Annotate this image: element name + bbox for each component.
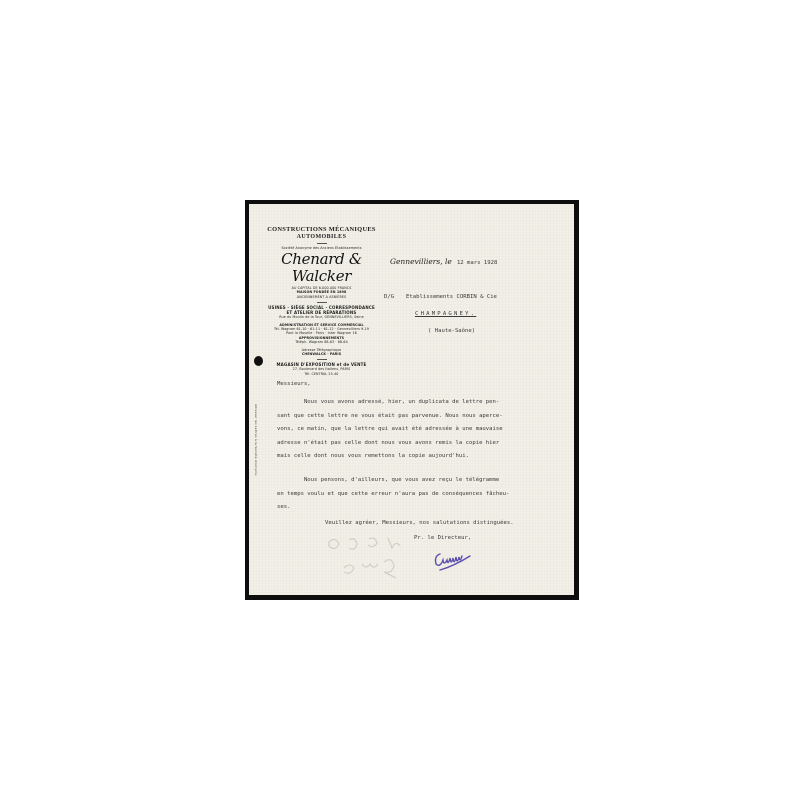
company-name: Chenard & Walcker (259, 251, 384, 285)
paragraph-line: sant que cette lettre ne vous était pas … (277, 410, 503, 424)
divider (317, 243, 327, 244)
divider (317, 359, 327, 360)
letterhead-subtitle: AUTOMOBILES (259, 234, 384, 240)
letterhead: Constructions Mécaniques AUTOMOBILES Soc… (259, 226, 384, 376)
paragraph-1: Nous vous avons adressé, hier, un duplic… (277, 396, 503, 464)
recipient-city: CHAMPAGNEY. (415, 311, 476, 317)
paragraph-line: Nous pensons, d'ailleurs, que vous avez … (277, 474, 509, 488)
date-place: Gennevilliers, le (390, 257, 452, 266)
salutation: Messieurs, (277, 381, 311, 387)
reference: D/G (384, 294, 394, 300)
faded-stamp-mark (324, 534, 434, 584)
paragraph-line: en temps voulu et que cette erreur n'aur… (277, 488, 509, 502)
telegraph-value: CHENWALCK · PARIS (259, 352, 384, 356)
punch-hole (254, 356, 263, 366)
margin-note: Adresser les Lettres à la Société Anonym… (254, 404, 258, 476)
paragraph-2: Nous pensons, d'ailleurs, que vous avez … (277, 474, 509, 515)
letterhead-title: Constructions Mécaniques (259, 226, 384, 233)
paragraph-line: ses. (277, 501, 509, 515)
date-line: Gennevilliers, le 12 mars 1928 (390, 249, 497, 268)
recipient-region: ( Haute-Saône) (428, 328, 475, 334)
divider (317, 302, 327, 303)
closing: Veuillez agréer, Messieurs, nos salutati… (325, 520, 514, 526)
company-former-address: ANCIENNEMENT A ASNIÈRES (259, 295, 384, 299)
letter-page: Constructions Mécaniques AUTOMOBILES Soc… (249, 204, 574, 595)
shop-phone: Tél. CENTRAL 25-40 (259, 372, 384, 376)
signature (432, 548, 477, 573)
recipient-name: Etablissements CORBIN & Cie (406, 294, 497, 300)
date-value: 12 mars 1928 (457, 260, 497, 266)
paragraph-line: vons, ce matin, que la lettre qui avait … (277, 423, 503, 437)
paragraph-line: mais celle dont nous vous remettons la c… (277, 450, 503, 464)
paragraph-line: adresse n'était pas celle dont nous vous… (277, 437, 503, 451)
paragraph-line: Nous vous avons adressé, hier, un duplic… (277, 396, 503, 410)
